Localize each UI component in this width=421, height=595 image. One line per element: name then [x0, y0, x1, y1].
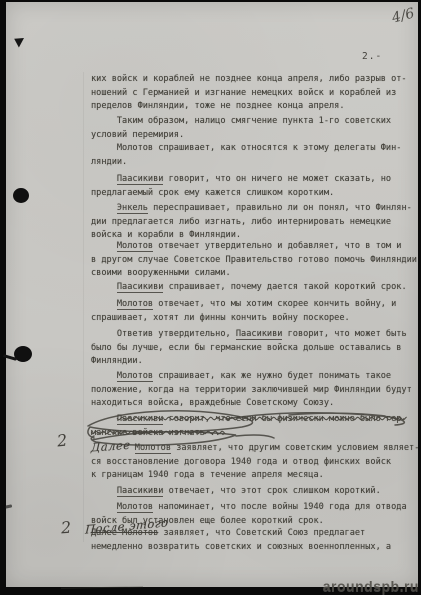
- paragraph: Молотов отвечает утвердительно и добавля…: [91, 240, 421, 281]
- paragraph: Паасикиви говорит, что если бы физически…: [91, 413, 421, 440]
- typed-text: [91, 299, 117, 309]
- typed-text: [91, 203, 117, 213]
- speaker-name: Паасикиви: [117, 414, 164, 425]
- punch-hole-bottom: [14, 346, 32, 362]
- typed-text: Ответив утвердительно,: [91, 329, 236, 339]
- watermark: aroundspb.ru: [323, 578, 419, 594]
- handwritten-insert-number-top: 2: [56, 431, 68, 451]
- speaker-name: Молотов: [135, 443, 171, 454]
- handwritten-insert: Далее: [91, 439, 135, 452]
- speaker-name: Паасикиви: [117, 282, 164, 293]
- typed-text: [91, 241, 117, 251]
- speaker-name: Молотов: [117, 371, 153, 382]
- typed-text: ких войск и кораблей не позднее конца ап…: [91, 74, 407, 111]
- margin-crease: [83, 72, 84, 542]
- paragraph: Паасикиви отвечает, что этот срок слишко…: [91, 485, 421, 499]
- scanned-document-page: 4/6 2.- ких войск и кораблей не позднее …: [0, 0, 421, 595]
- paper-sheet: 4/6 2.- ких войск и кораблей не позднее …: [6, 2, 418, 587]
- typed-text: Таким образом, налицо смягчение пункта 1…: [91, 116, 391, 140]
- typed-text: [91, 486, 117, 496]
- speaker-name: Энкель: [117, 203, 148, 214]
- paragraph: Ответив утвердительно, Паасикиви говорит…: [91, 328, 421, 369]
- typed-text: Молотов спрашивает, как относятся к этом…: [91, 143, 401, 167]
- speaker-name: Молотов: [117, 502, 153, 513]
- paragraph: Энкель переспрашивает, правильно ли он п…: [91, 202, 421, 243]
- typed-text: спрашивает, почему дается такой короткий…: [163, 282, 406, 292]
- paragraph: Паасикиви спрашивает, почему дается тако…: [91, 281, 421, 295]
- speaker-name: Паасикиви: [236, 329, 283, 340]
- punch-hole-top: [13, 188, 29, 203]
- typed-text: [91, 174, 117, 184]
- typed-text: [91, 414, 117, 424]
- paragraph: Таким образом, налицо смягчение пункта 1…: [91, 115, 421, 142]
- paragraph: Молотов отвечает, что мы хотим скорее ко…: [91, 298, 421, 325]
- pencil-stray-line: [61, 586, 143, 588]
- typed-text: [91, 371, 117, 381]
- paragraph: Паасикиви говорит, что он ничего не може…: [91, 173, 421, 200]
- document-body: ких войск и кораблей не позднее конца ап…: [91, 2, 421, 587]
- paragraph: Молотов спрашивает, как же нужно будет п…: [91, 370, 421, 411]
- speaker-name: Паасикиви: [117, 486, 164, 497]
- typed-text: [91, 502, 117, 512]
- paragraph: После этогоДалее Молотов заявляет, что С…: [91, 527, 421, 554]
- typed-text: [91, 282, 117, 292]
- speaker-name: Паасикиви: [117, 174, 164, 185]
- paragraph: Молотов спрашивает, как относятся к этом…: [91, 142, 421, 169]
- paragraph: Далее Молотов заявляет, что другим совет…: [91, 441, 421, 483]
- speaker-name: Молотов: [117, 241, 153, 252]
- handwritten-insert-number-bottom: 2: [60, 518, 71, 538]
- paragraph: ких войск и кораблей не позднее конца ап…: [91, 73, 421, 114]
- typed-text: отвечает, что этот срок слишком короткий…: [163, 486, 380, 496]
- speaker-name: Молотов: [117, 299, 153, 310]
